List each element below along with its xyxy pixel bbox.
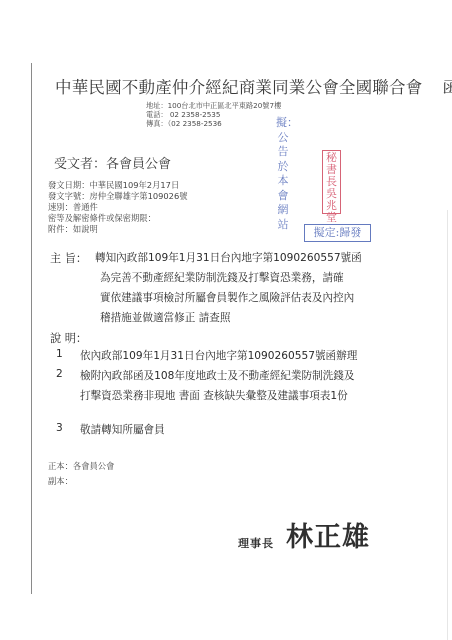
phone: 電話： 02 2358-2535 — [146, 110, 220, 119]
scan-edge-line — [31, 63, 32, 594]
signatory-name: 林正雄 — [286, 515, 370, 554]
address: 地址：100台北市中正區北平東路20號7樓 — [146, 101, 281, 110]
explanation-item-number: 2 — [56, 368, 63, 380]
explanation-label: 說 明： — [50, 330, 87, 346]
explanation-item-number: 1 — [56, 348, 63, 360]
priority: 速別：普通件 — [48, 202, 98, 213]
explanation-item-text: 依內政部109年1月31日台內地字第1090260557號函辦理 — [80, 348, 357, 363]
explanation-item-number: 3 — [56, 422, 63, 434]
secretary-general-seal: 秘書長吳兆堂 — [322, 150, 341, 214]
attachment: 附件：如說明 — [48, 224, 98, 235]
reference-number: 發文字號：房仲全聯雄字第109026號 — [48, 191, 188, 202]
subject-line: 為完善不動產經紀業防制洗錢及打擊資恐業務，請確 — [100, 270, 344, 285]
document-header: 中華民國不動產仲介經紀商業同業公會全國聯合會函 — [55, 74, 452, 98]
fax: 傳真：（02 2358-2536 — [146, 119, 222, 128]
document-type: 函 — [442, 78, 452, 97]
draft-approval-stamp: 擬定:歸發 — [304, 224, 371, 242]
subject-line: 稽措施並做適當修正 請查照 — [100, 310, 231, 325]
signatory-title: 理事長 — [238, 535, 274, 551]
issue-date: 發文日期：中華民國109年2月17日 — [48, 180, 179, 191]
classification: 密等及解密條件或保密期限： — [48, 213, 156, 224]
scan-edge-line-right — [447, 210, 448, 640]
subject-line: 轉知內政部109年1月31日台內地字第1090260557號函 — [95, 250, 362, 265]
subject-line: 實依建議事項檢討所屬會員製作之風險評估表及內控內 — [100, 290, 354, 305]
explanation-item-text: 敬請轉知所屬會員 — [80, 422, 165, 437]
original-recipients: 正本：各會員公會 — [48, 461, 114, 472]
explanation-item-text: 檢附內政部函及108年度地政士及不動產經紀業防制洗錢及 — [80, 368, 354, 383]
organization-name: 中華民國不動產仲介經紀商業同業公會全國聯合會 — [55, 78, 422, 97]
copy-recipients: 副本： — [48, 476, 73, 487]
explanation-item-text: 打擊資恐業務非現地 書面 查核缺失彙整及建議事項表1份 — [80, 388, 348, 403]
recipient: 受文者：各會員公會 — [54, 153, 171, 172]
subject-label: 主 旨： — [50, 250, 87, 266]
approval-stamp-vertical: 擬：公告於本會網站 — [276, 116, 290, 232]
